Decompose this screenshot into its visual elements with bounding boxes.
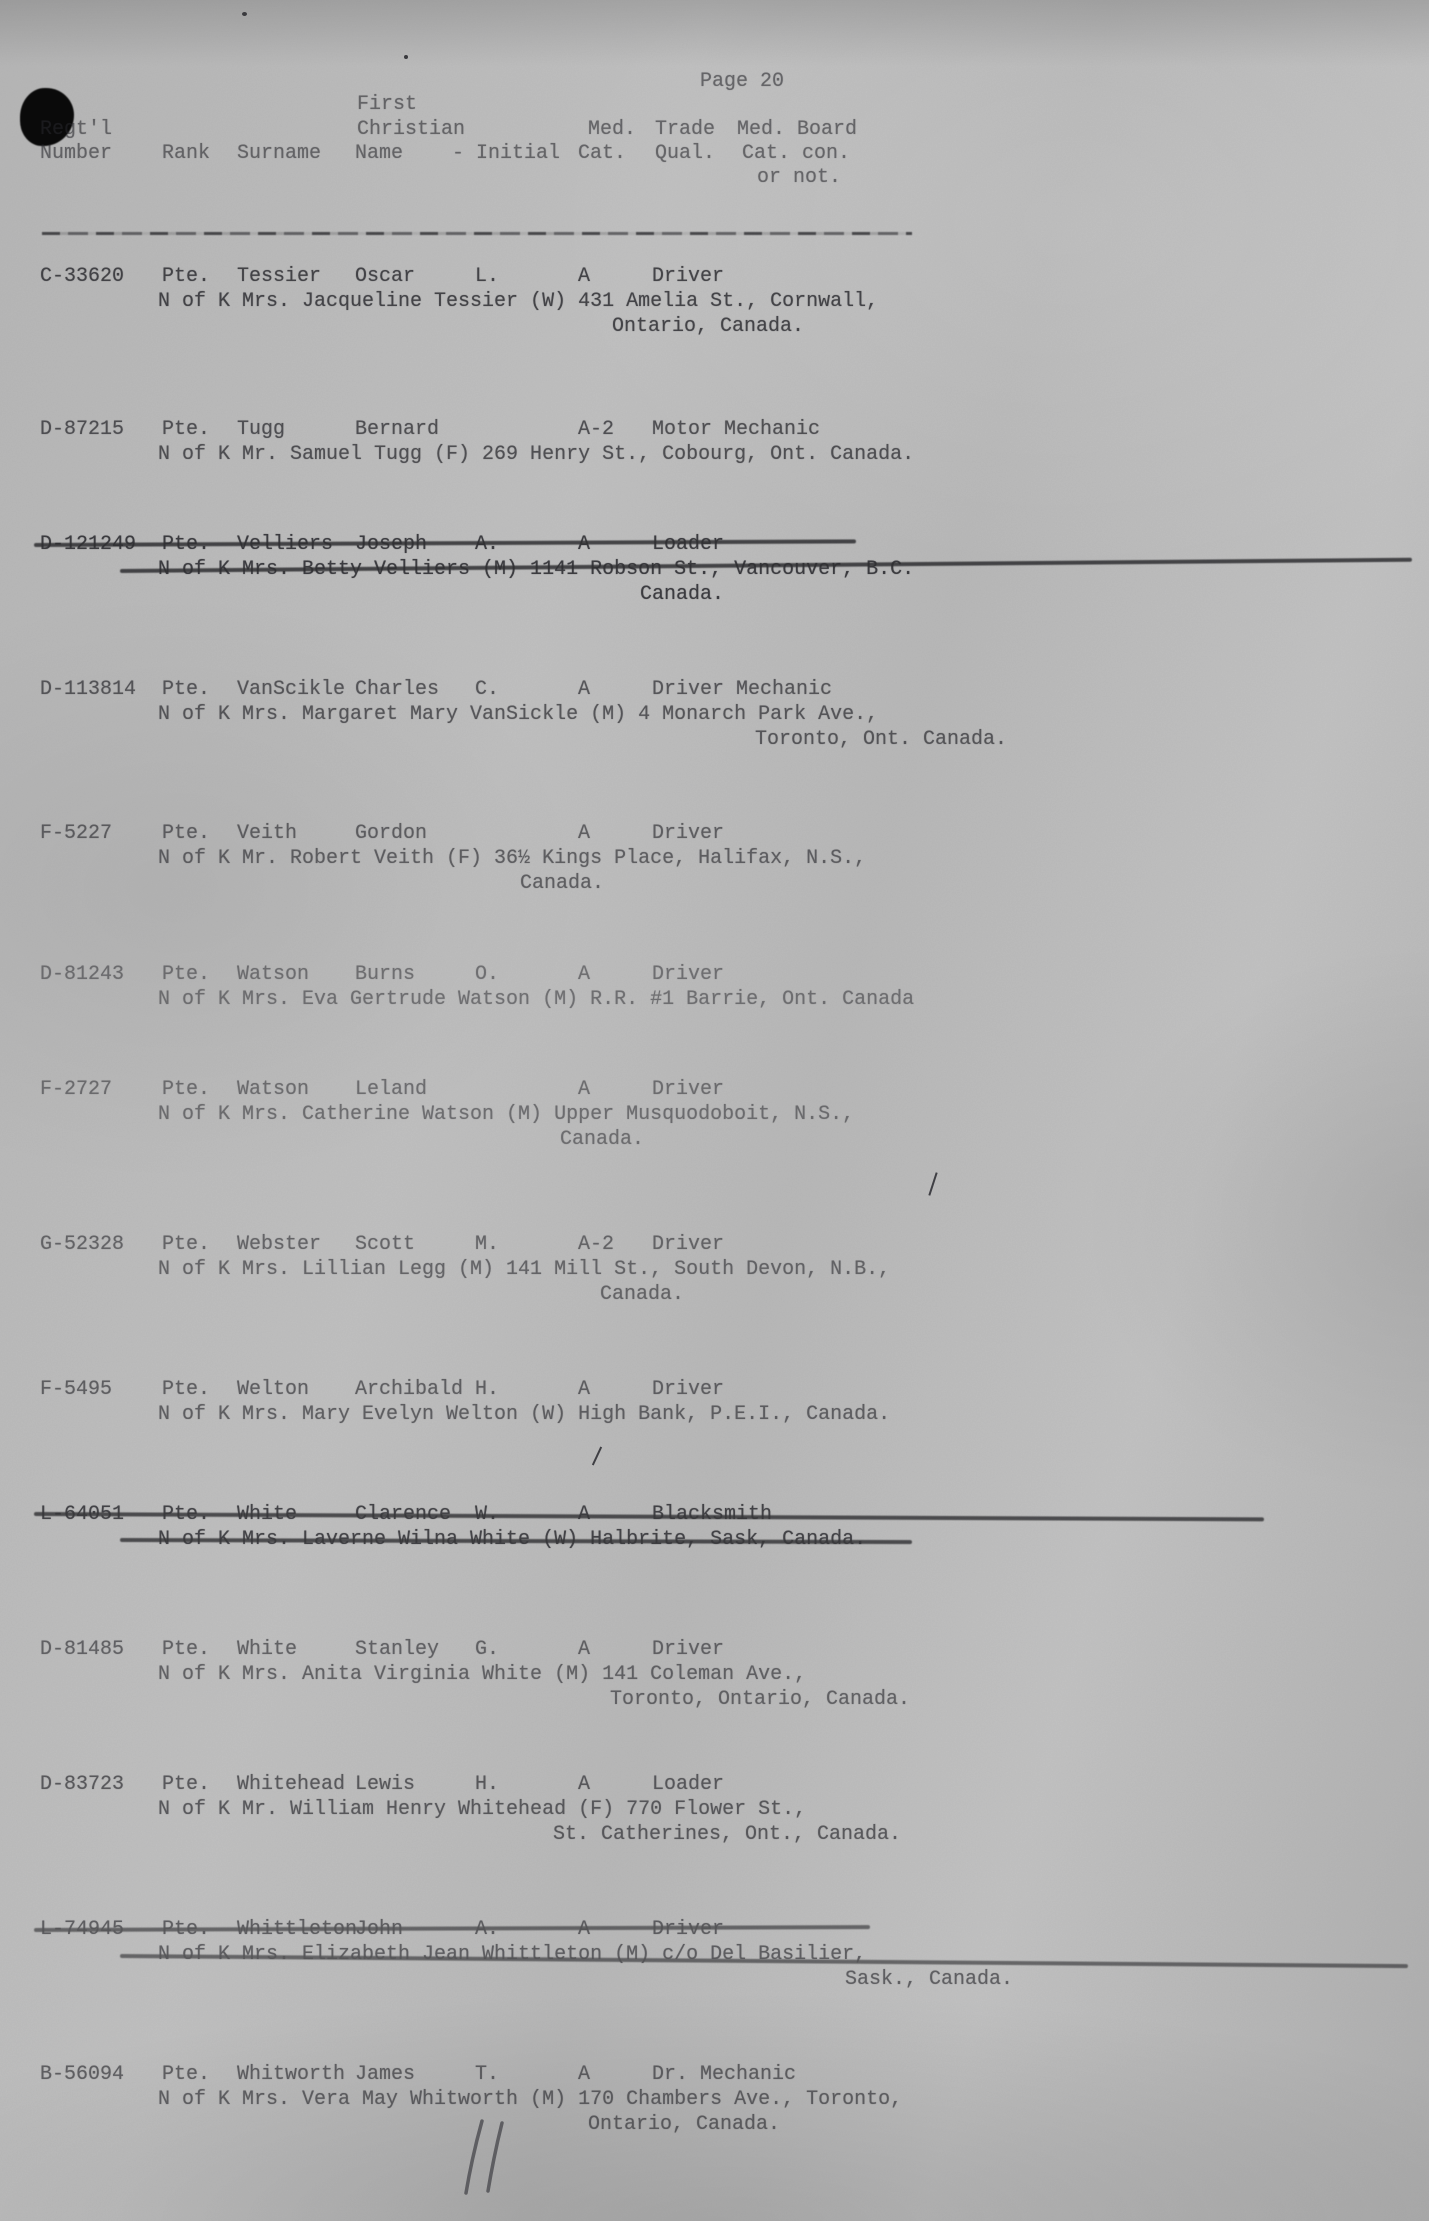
initial: G. bbox=[475, 1638, 499, 1661]
regimental-number: F-5495 bbox=[40, 1378, 112, 1401]
trade-qualification: Driver bbox=[652, 1378, 724, 1401]
rank: Pte. bbox=[162, 822, 210, 845]
next-of-kin-line: N of K Mrs. Anita Virginia White (M) 141… bbox=[158, 1663, 806, 1688]
next-of-kin-continued: Canada. bbox=[520, 872, 604, 895]
entry-main-line: D-81485 Pte. White Stanley G. A Driver bbox=[0, 1638, 1429, 1663]
next-of-kin: N of K Mrs. Anita Virginia White (M) 141… bbox=[158, 1663, 806, 1686]
next-of-kin-line: N of K Mrs. Catherine Watson (M) Upper M… bbox=[158, 1103, 854, 1128]
entry-main-line: F-5495 Pte. Welton Archibald H. A Driver bbox=[0, 1378, 1429, 1403]
separator-line bbox=[42, 232, 912, 235]
next-of-kin: N of K Mr. Robert Veith (F) 36½ Kings Pl… bbox=[158, 847, 866, 870]
header-cat-con: Cat. con. bbox=[742, 142, 850, 165]
next-of-kin-continued: Canada. bbox=[600, 1283, 684, 1306]
surname: Watson bbox=[237, 1078, 309, 1101]
next-of-kin-continued: Canada. bbox=[640, 583, 724, 606]
roster-entry: L-64051 Pte. White Clarence W. A Blacksm… bbox=[0, 1503, 1429, 1583]
trade-qualification: Dr. Mechanic bbox=[652, 2063, 796, 2086]
rank: Pte. bbox=[162, 1378, 210, 1401]
initial: C. bbox=[475, 678, 499, 701]
medical-category: A bbox=[578, 265, 590, 288]
entry-main-line: G-52328 Pte. Webster Scott M. A-2 Driver bbox=[0, 1233, 1429, 1258]
next-of-kin-line: N of K Mr. Robert Veith (F) 36½ Kings Pl… bbox=[158, 847, 866, 872]
trade-qualification: Loader bbox=[652, 533, 724, 556]
next-of-kin-line: N of K Mrs. Jacqueline Tessier (W) 431 A… bbox=[158, 290, 878, 315]
header-trade: Trade bbox=[655, 118, 715, 141]
next-of-kin-continued: Ontario, Canada. bbox=[588, 2113, 780, 2136]
next-of-kin: N of K Mr. William Henry Whitehead (F) 7… bbox=[158, 1798, 806, 1821]
header-first: First bbox=[357, 93, 417, 116]
christian-name: Burns bbox=[355, 963, 415, 986]
roster-entry: D-121249 Pte. Velliers Joseph A. A Loade… bbox=[0, 533, 1429, 613]
next-of-kin-line: N of K Mrs. Eva Gertrude Watson (M) R.R.… bbox=[158, 988, 914, 1013]
christian-name: Stanley bbox=[355, 1638, 439, 1661]
next-of-kin-continued: Sask., Canada. bbox=[845, 1968, 1013, 1991]
next-of-kin-line: N of K Mrs. Mary Evelyn Welton (W) High … bbox=[158, 1403, 890, 1428]
medical-category: A-2 bbox=[578, 1233, 614, 1256]
trade-qualification: Loader bbox=[652, 1773, 724, 1796]
next-of-kin: N of K Mrs. Jacqueline Tessier (W) 431 A… bbox=[158, 290, 878, 313]
header-rank: Rank bbox=[162, 142, 210, 165]
header-initial: - Initial bbox=[452, 142, 560, 165]
rank: Pte. bbox=[162, 1233, 210, 1256]
regimental-number: D-81485 bbox=[40, 1638, 124, 1661]
regimental-number: F-5227 bbox=[40, 822, 112, 845]
surname: Tessier bbox=[237, 265, 321, 288]
roster-entry: D-87215 Pte. Tugg Bernard A-2 Motor Mech… bbox=[0, 418, 1429, 498]
trade-qualification: Motor Mechanic bbox=[652, 418, 820, 441]
surname: Webster bbox=[237, 1233, 321, 1256]
roster-entry: L-74945 Pte. Whittleton John A. A Driver… bbox=[0, 1918, 1429, 1998]
medical-category: A bbox=[578, 822, 590, 845]
next-of-kin-continued: St. Catherines, Ont., Canada. bbox=[553, 1823, 901, 1846]
christian-name: Bernard bbox=[355, 418, 439, 441]
surname: White bbox=[237, 1638, 297, 1661]
trade-qualification: Driver bbox=[652, 963, 724, 986]
christian-name: Gordon bbox=[355, 822, 427, 845]
header-surname: Surname bbox=[237, 142, 321, 165]
entry-main-line: F-2727 Pte. Watson Leland A Driver bbox=[0, 1078, 1429, 1103]
medical-category: A-2 bbox=[578, 418, 614, 441]
next-of-kin: N of K Mrs. Eva Gertrude Watson (M) R.R.… bbox=[158, 988, 914, 1011]
header-number: Number bbox=[40, 142, 112, 165]
header-cat: Cat. bbox=[578, 142, 626, 165]
rank: Pte. bbox=[162, 1638, 210, 1661]
next-of-kin-continuation: St. Catherines, Ont., Canada. bbox=[553, 1823, 901, 1848]
entry-main-line: B-56094 Pte. Whitworth James T. A Dr. Me… bbox=[0, 2063, 1429, 2088]
regimental-number: D-83723 bbox=[40, 1773, 124, 1796]
next-of-kin-continuation: Canada. bbox=[520, 872, 604, 897]
surname: Watson bbox=[237, 963, 309, 986]
christian-name: Lewis bbox=[355, 1773, 415, 1796]
medical-category: A bbox=[578, 1638, 590, 1661]
medical-category: A bbox=[578, 678, 590, 701]
initial: T. bbox=[475, 2063, 499, 2086]
medical-category: A bbox=[578, 1773, 590, 1796]
regimental-number: D-87215 bbox=[40, 418, 124, 441]
header-med: Med. bbox=[588, 118, 636, 141]
regimental-number: F-2727 bbox=[40, 1078, 112, 1101]
header-name: Name bbox=[355, 142, 403, 165]
header-regtl: Regt'l bbox=[40, 118, 112, 141]
header-christian: Christian bbox=[357, 118, 465, 141]
next-of-kin-line: N of K Mrs. Vera May Whitworth (M) 170 C… bbox=[158, 2088, 902, 2113]
next-of-kin-continuation: Sask., Canada. bbox=[845, 1968, 1013, 1993]
header-qual: Qual. bbox=[655, 142, 715, 165]
christian-name: Archibald bbox=[355, 1378, 463, 1401]
next-of-kin-continuation: Ontario, Canada. bbox=[612, 315, 804, 340]
christian-name: Leland bbox=[355, 1078, 427, 1101]
regimental-number: G-52328 bbox=[40, 1233, 124, 1256]
trade-qualification: Driver bbox=[652, 822, 724, 845]
medical-category: A bbox=[578, 2063, 590, 2086]
christian-name: James bbox=[355, 2063, 415, 2086]
roster-entry: D-81243 Pte. Watson Burns O. A Driver N … bbox=[0, 963, 1429, 1043]
christian-name: Charles bbox=[355, 678, 439, 701]
next-of-kin-continued: Canada. bbox=[560, 1128, 644, 1151]
handwritten-mark bbox=[452, 2115, 522, 2200]
trade-qualification: Driver bbox=[652, 1233, 724, 1256]
roster-entry: F-5227 Pte. Veith Gordon A Driver N of K… bbox=[0, 822, 1429, 902]
rank: Pte. bbox=[162, 1078, 210, 1101]
trade-qualification: Driver bbox=[652, 265, 724, 288]
next-of-kin-line: N of K Mr. William Henry Whitehead (F) 7… bbox=[158, 1798, 806, 1823]
initial: H. bbox=[475, 1378, 499, 1401]
roster-entry: F-5495 Pte. Welton Archibald H. A Driver… bbox=[0, 1378, 1429, 1458]
roster-entry: D-81485 Pte. White Stanley G. A Driver N… bbox=[0, 1638, 1429, 1718]
medical-category: A bbox=[578, 963, 590, 986]
surname: Welton bbox=[237, 1378, 309, 1401]
medical-category: A bbox=[578, 1378, 590, 1401]
roster-entry: D-83723 Pte. Whitehead Lewis H. A Loader… bbox=[0, 1773, 1429, 1853]
rank: Pte. bbox=[162, 963, 210, 986]
rank: Pte. bbox=[162, 265, 210, 288]
surname: Veith bbox=[237, 822, 297, 845]
surname: Whitworth bbox=[237, 2063, 345, 2086]
roster-entry: F-2727 Pte. Watson Leland A Driver N of … bbox=[0, 1078, 1429, 1158]
trade-qualification: Driver Mechanic bbox=[652, 678, 832, 701]
next-of-kin: N of K Mrs. Vera May Whitworth (M) 170 C… bbox=[158, 2088, 902, 2111]
surname: Whitehead bbox=[237, 1773, 345, 1796]
surname: VanScikle bbox=[237, 678, 345, 701]
header-or-not: or not. bbox=[757, 166, 841, 189]
rank: Pte. bbox=[162, 418, 210, 441]
next-of-kin-continued: Toronto, Ont. Canada. bbox=[755, 728, 1007, 751]
christian-name: Scott bbox=[355, 1233, 415, 1256]
regimental-number: C-33620 bbox=[40, 265, 124, 288]
rank: Pte. bbox=[162, 1773, 210, 1796]
medical-category: A bbox=[578, 1078, 590, 1101]
next-of-kin-continued: Toronto, Ontario, Canada. bbox=[610, 1688, 910, 1711]
roster-entry: B-56094 Pte. Whitworth James T. A Dr. Me… bbox=[0, 2063, 1429, 2143]
next-of-kin-continuation: Canada. bbox=[640, 583, 724, 608]
entry-main-line: C-33620 Pte. Tessier Oscar L. A Driver bbox=[0, 265, 1429, 290]
regimental-number: D-113814 bbox=[40, 678, 136, 701]
entry-main-line: D-87215 Pte. Tugg Bernard A-2 Motor Mech… bbox=[0, 418, 1429, 443]
next-of-kin: N of K Mrs. Lillian Legg (M) 141 Mill St… bbox=[158, 1258, 890, 1281]
entry-main-line: F-5227 Pte. Veith Gordon A Driver bbox=[0, 822, 1429, 847]
initial: L. bbox=[475, 265, 499, 288]
christian-name: Oscar bbox=[355, 265, 415, 288]
next-of-kin: N of K Mrs. Margaret Mary VanSickle (M) … bbox=[158, 703, 878, 726]
initial: M. bbox=[475, 1233, 499, 1256]
next-of-kin-line: N of K Mr. Samuel Tugg (F) 269 Henry St.… bbox=[158, 443, 914, 468]
next-of-kin-continuation: Toronto, Ont. Canada. bbox=[755, 728, 1007, 753]
roster-entry: D-113814 Pte. VanScikle Charles C. A Dri… bbox=[0, 678, 1429, 758]
entry-main-line: D-83723 Pte. Whitehead Lewis H. A Loader bbox=[0, 1773, 1429, 1798]
trade-qualification: Driver bbox=[652, 1638, 724, 1661]
next-of-kin-continuation: Ontario, Canada. bbox=[588, 2113, 780, 2138]
page-number: Page 20 bbox=[700, 70, 784, 93]
entry-main-line: D-81243 Pte. Watson Burns O. A Driver bbox=[0, 963, 1429, 988]
next-of-kin-continued: Ontario, Canada. bbox=[612, 315, 804, 338]
rank: Pte. bbox=[162, 678, 210, 701]
regimental-number: D-81243 bbox=[40, 963, 124, 986]
surname: Tugg bbox=[237, 418, 285, 441]
initial: H. bbox=[475, 1773, 499, 1796]
next-of-kin: N of K Mrs. Mary Evelyn Welton (W) High … bbox=[158, 1403, 890, 1426]
rank: Pte. bbox=[162, 2063, 210, 2086]
header-med-board: Med. Board bbox=[737, 118, 857, 141]
next-of-kin-line: N of K Mrs. Margaret Mary VanSickle (M) … bbox=[158, 703, 878, 728]
regimental-number: B-56094 bbox=[40, 2063, 124, 2086]
next-of-kin-line: N of K Mrs. Lillian Legg (M) 141 Mill St… bbox=[158, 1258, 890, 1283]
roster-entry: C-33620 Pte. Tessier Oscar L. A Driver N… bbox=[0, 265, 1429, 345]
next-of-kin: N of K Mrs. Catherine Watson (M) Upper M… bbox=[158, 1103, 854, 1126]
roster-entry: G-52328 Pte. Webster Scott M. A-2 Driver… bbox=[0, 1233, 1429, 1313]
trade-qualification: Driver bbox=[652, 1078, 724, 1101]
initial: O. bbox=[475, 963, 499, 986]
next-of-kin: N of K Mr. Samuel Tugg (F) 269 Henry St.… bbox=[158, 443, 914, 466]
scanned-document-page: Page 20 First Regt'l Christian Med. Trad… bbox=[0, 0, 1429, 2221]
entry-main-line: D-113814 Pte. VanScikle Charles C. A Dri… bbox=[0, 678, 1429, 703]
next-of-kin-continuation: Canada. bbox=[560, 1128, 644, 1153]
next-of-kin-continuation: Toronto, Ontario, Canada. bbox=[610, 1688, 910, 1713]
next-of-kin-continuation: Canada. bbox=[600, 1283, 684, 1308]
